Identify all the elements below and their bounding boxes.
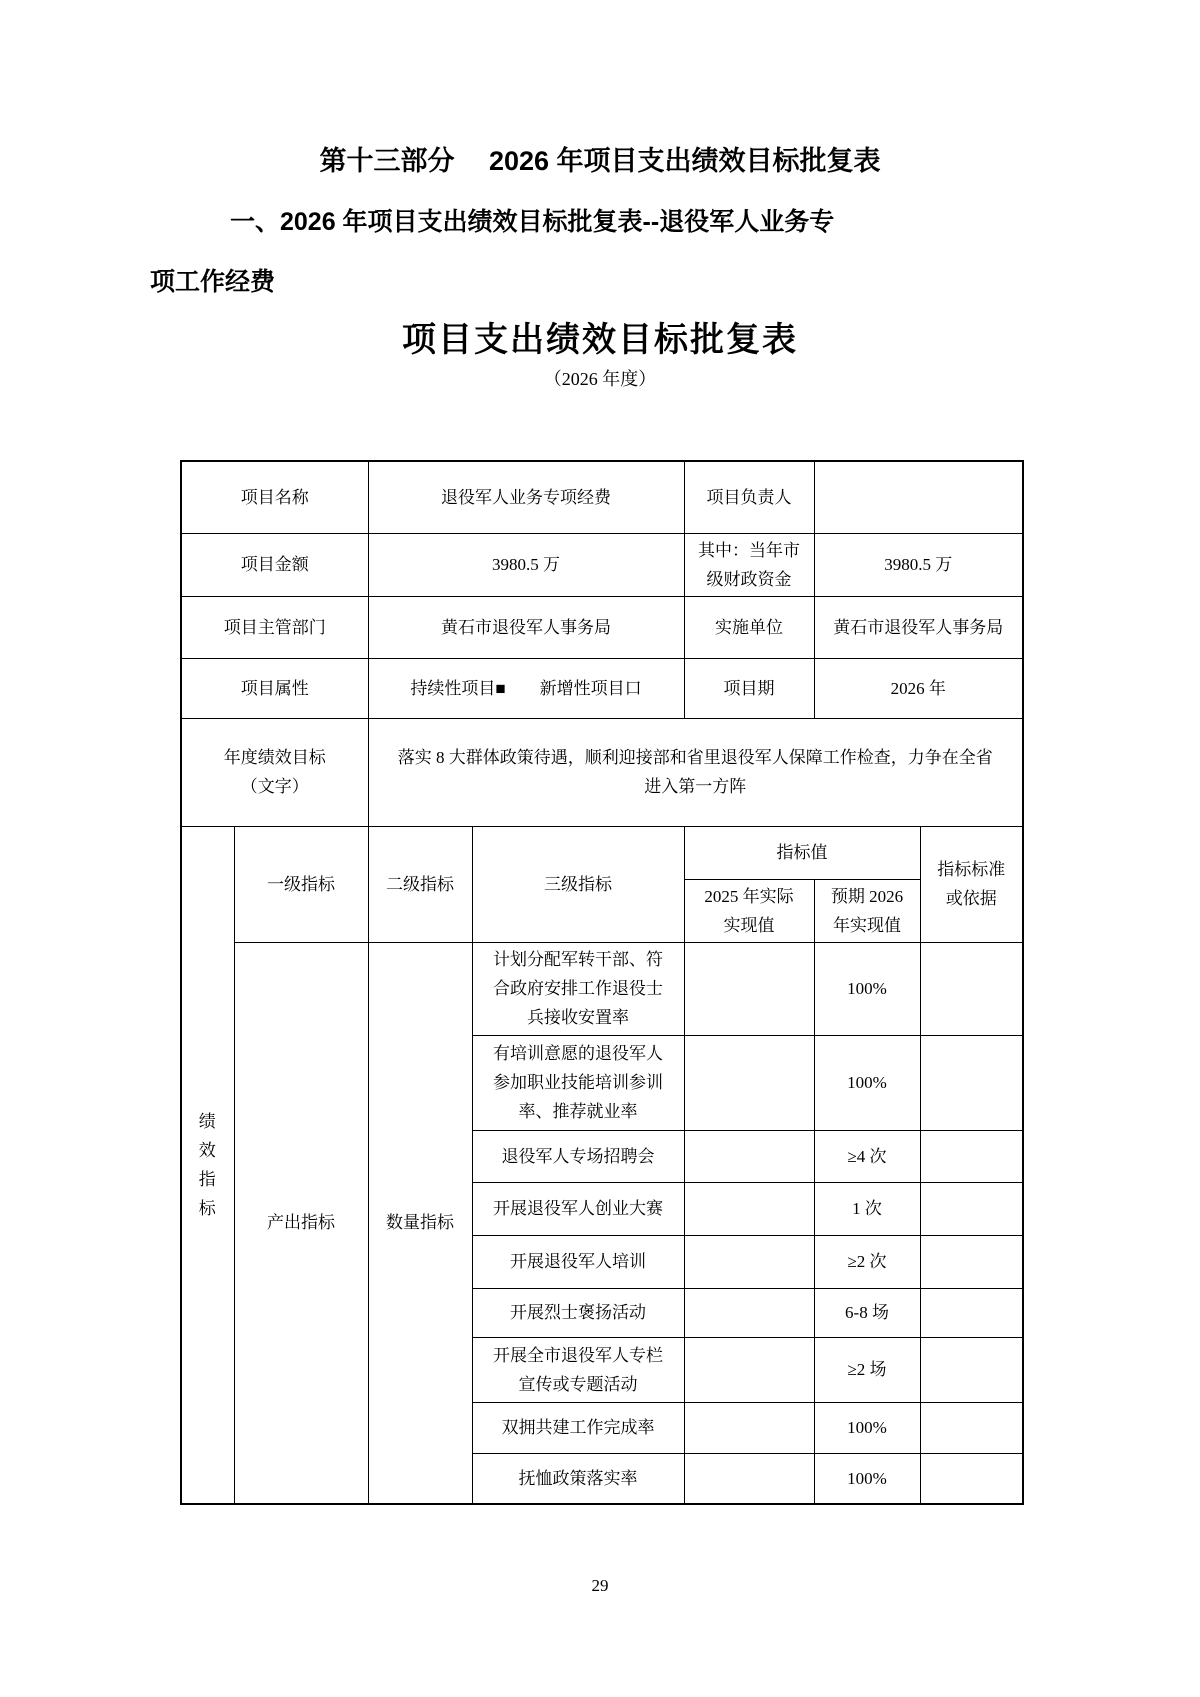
indicator-name-cell: 开展全市退役军人专栏 宣传或专题活动 [472, 1337, 684, 1402]
indicator-expected-cell: ≥4 次 [814, 1130, 920, 1182]
indicator-standard-cell [920, 1337, 1023, 1402]
page-number: 29 [0, 1576, 1200, 1596]
info-value-cell: 黄石市退役军人事务局 [368, 596, 684, 658]
indicator-standard-cell [920, 1235, 1023, 1288]
info-label-cell: 项目名称 [181, 461, 368, 533]
indicator-row: 产出指标 数量指标 计划分配军转干部、符 合政府安排工作退役士 兵接收安置率 1… [181, 942, 1023, 1035]
info-label-cell: 项目主管部门 [181, 596, 368, 658]
indicator-expected-cell: ≥2 场 [814, 1337, 920, 1402]
info-value-cell [814, 461, 1023, 533]
indicator-name-cell: 计划分配军转干部、符 合政府安排工作退役士 兵接收安置率 [472, 942, 684, 1035]
doc-title: 项目支出绩效目标批复表 [150, 318, 1050, 362]
annual-goal-text-cell: 落实 8 大群体政策待遇，顺利迎接部和省里退役军人保障工作检查，力争在全省 进入… [368, 718, 1023, 826]
indicator-expected-cell: 6-8 场 [814, 1288, 920, 1337]
indicator-actual-cell [684, 1288, 814, 1337]
info-value-cell: 持续性项目■ 新增性项目口 [368, 658, 684, 718]
indicator-standard-cell [920, 942, 1023, 1035]
indicator-expected-cell: 100% [814, 942, 920, 1035]
indicator-name-cell: 抚恤政策落实率 [472, 1453, 684, 1504]
indicator-name-cell: 开展退役军人培训 [472, 1235, 684, 1288]
info-value-cell: 2026 年 [814, 658, 1023, 718]
indicator-name-cell: 有培训意愿的退役军人 参加职业技能培训参训 率、推荐就业率 [472, 1035, 684, 1130]
indicator-actual-cell [684, 1035, 814, 1130]
info-row-department: 项目主管部门 黄石市退役军人事务局 实施单位 黄石市退役军人事务局 [181, 596, 1023, 658]
indicator-actual-cell [684, 942, 814, 1035]
header-level1-cell: 一级指标 [234, 826, 368, 942]
indicator-expected-cell: 100% [814, 1453, 920, 1504]
approval-table: 项目名称 退役军人业务专项经费 项目负责人 项目金额 3980.5 万 其中：当… [180, 460, 1024, 1505]
indicator-header-row-1: 绩 效 指 标 一级指标 二级指标 三级指标 指标值 指标标准 或依据 [181, 826, 1023, 879]
info-label-cell: 项目金额 [181, 533, 368, 596]
indicator-name-cell: 双拥共建工作完成率 [472, 1402, 684, 1453]
header-value-group-cell: 指标值 [684, 826, 920, 879]
info-label-cell: 实施单位 [684, 596, 814, 658]
level2-value-cell: 数量指标 [368, 942, 472, 1504]
indicator-expected-cell: ≥2 次 [814, 1235, 920, 1288]
section-title: 第十三部分 2026 年项目支出绩效目标批复表 [150, 144, 1050, 178]
indicator-actual-cell [684, 1235, 814, 1288]
indicator-standard-cell [920, 1402, 1023, 1453]
indicator-actual-cell [684, 1453, 814, 1504]
doc-subtitle: （2026 年度） [150, 366, 1050, 392]
header-actual-2025-cell: 2025 年实际 实现值 [684, 879, 814, 942]
header-standard-cell: 指标标准 或依据 [920, 826, 1023, 942]
info-value-cell: 3980.5 万 [814, 533, 1023, 596]
info-row-amount: 项目金额 3980.5 万 其中：当年市 级财政资金 3980.5 万 [181, 533, 1023, 596]
info-row-attribute: 项目属性 持续性项目■ 新增性项目口 项目期 2026 年 [181, 658, 1023, 718]
indicator-standard-cell [920, 1035, 1023, 1130]
indicator-expected-cell: 100% [814, 1402, 920, 1453]
indicator-actual-cell [684, 1130, 814, 1182]
indicator-name-cell: 退役军人专场招聘会 [472, 1130, 684, 1182]
info-value-cell: 黄石市退役军人事务局 [814, 596, 1023, 658]
info-value-cell: 3980.5 万 [368, 533, 684, 596]
indicator-name-cell: 开展烈士褒扬活动 [472, 1288, 684, 1337]
indicator-actual-cell [684, 1182, 814, 1235]
header-expected-2026-cell: 预期 2026 年实现值 [814, 879, 920, 942]
indicator-name-cell: 开展退役军人创业大赛 [472, 1182, 684, 1235]
indicator-standard-cell [920, 1288, 1023, 1337]
level1-value-cell: 产出指标 [234, 942, 368, 1504]
info-value-cell: 退役军人业务专项经费 [368, 461, 684, 533]
indicator-standard-cell [920, 1182, 1023, 1235]
subsection-title: 一、2026 年项目支出绩效目标批复表--退役军人业务专 项工作经费 [150, 192, 1050, 312]
info-label-cell: 项目负责人 [684, 461, 814, 533]
document-page: 第十三部分 2026 年项目支出绩效目标批复表 一、2026 年项目支出绩效目标… [0, 0, 1200, 1697]
indicator-standard-cell [920, 1130, 1023, 1182]
info-row-annual-goal: 年度绩效目标 （文字） 落实 8 大群体政策待遇，顺利迎接部和省里退役军人保障工… [181, 718, 1023, 826]
info-label-cell: 项目期 [684, 658, 814, 718]
info-label-cell: 项目属性 [181, 658, 368, 718]
indicator-expected-cell: 1 次 [814, 1182, 920, 1235]
info-label-cell: 其中：当年市 级财政资金 [684, 533, 814, 596]
header-level2-cell: 二级指标 [368, 826, 472, 942]
annual-goal-label-cell: 年度绩效目标 （文字） [181, 718, 368, 826]
indicator-actual-cell [684, 1337, 814, 1402]
indicator-actual-cell [684, 1402, 814, 1453]
side-label-cell: 绩 效 指 标 [181, 826, 234, 1504]
indicator-standard-cell [920, 1453, 1023, 1504]
indicator-expected-cell: 100% [814, 1035, 920, 1130]
info-row-name: 项目名称 退役军人业务专项经费 项目负责人 [181, 461, 1023, 533]
header-level3-cell: 三级指标 [472, 826, 684, 942]
